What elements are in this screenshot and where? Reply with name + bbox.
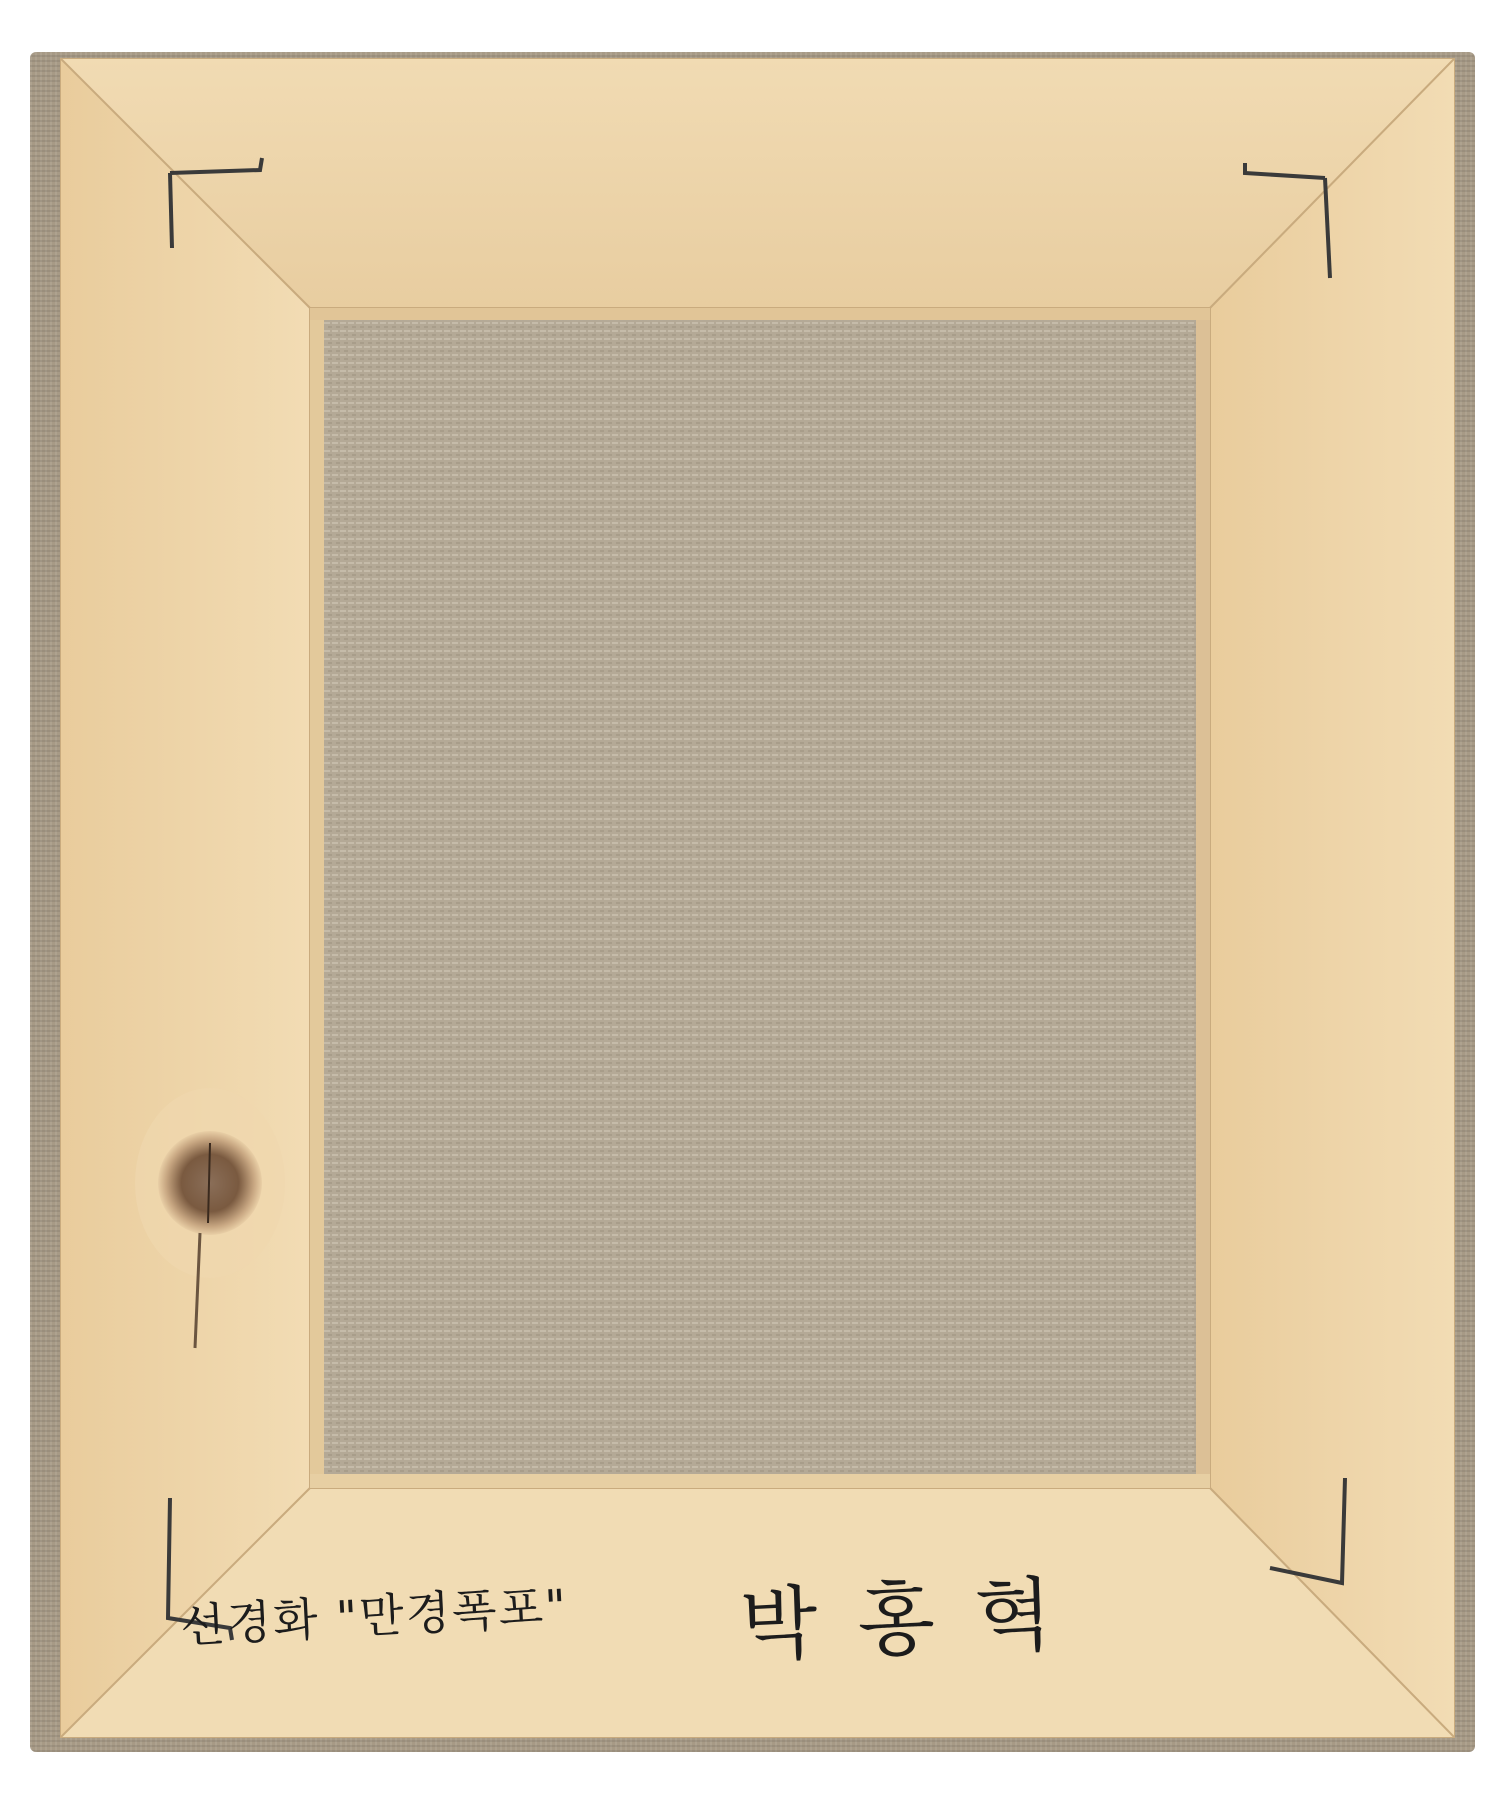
stretcher-frame [60,58,1455,1738]
staple-top-left-icon [170,173,172,248]
canvas-back [310,308,1210,1508]
canvas-back-photo: 선경화 "만경폭포" 박홍혁 [0,0,1500,1800]
frame-left-bar [60,58,310,1738]
frame-right-bar [1210,58,1455,1738]
frame-drawing [60,58,1455,1738]
